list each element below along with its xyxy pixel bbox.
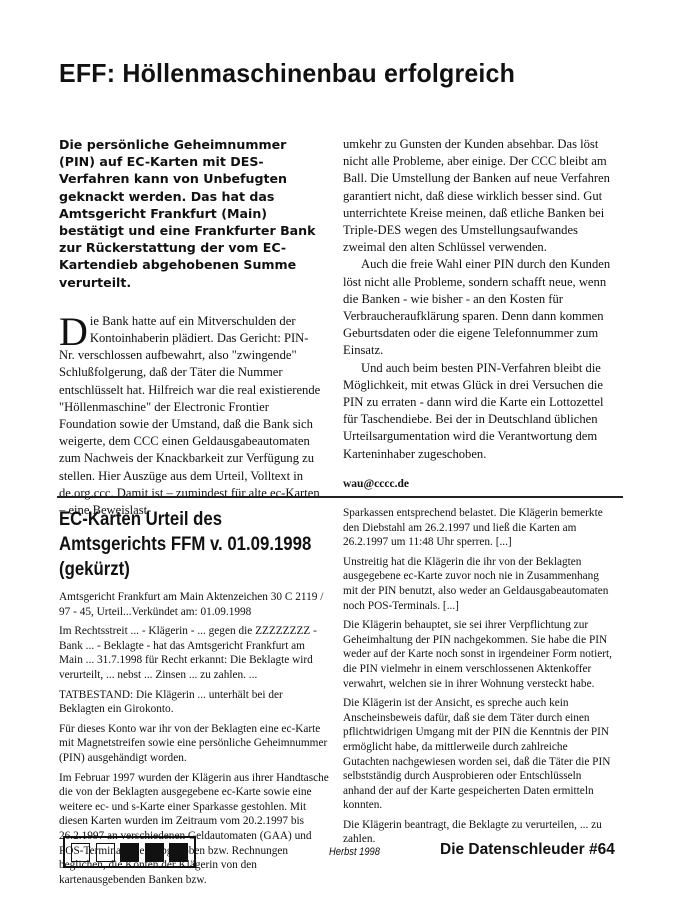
footer-box-strip xyxy=(63,836,196,868)
article-body-paragraph-2: Auch die freie Wahl einer PIN durch den … xyxy=(343,256,615,359)
judgment-paragraph: Die Klägerin ist der Ansicht, es spreche… xyxy=(343,696,615,813)
drop-cap: D xyxy=(59,315,88,347)
judgment-column-right: Sparkassen entsprechend belastet. Die Kl… xyxy=(343,506,615,852)
judgment-paragraph: Im Februar 1997 wurden der Klägerin aus … xyxy=(59,771,329,888)
article-body-text: ie Bank hatte auf ein Mitverschulden der… xyxy=(59,314,320,517)
filled-square-icon xyxy=(145,843,164,862)
judgment-heading: EC-Karten Urteil des Amtsgerichts FFM v.… xyxy=(59,507,326,582)
article-body-continued: umkehr zu Gunsten der Kunden absehbar. D… xyxy=(343,136,615,256)
filled-square-icon xyxy=(120,843,139,862)
section-divider xyxy=(57,496,623,498)
judgment-paragraph: Für dieses Konto war ihr von der Beklagt… xyxy=(59,722,329,766)
article-column-right: umkehr zu Gunsten der Kunden absehbar. D… xyxy=(343,136,615,490)
empty-square-icon xyxy=(71,843,90,862)
article-column-left: Die persönliche Geheimnummer (PIN) auf E… xyxy=(59,136,321,519)
empty-square-icon xyxy=(96,843,115,862)
judgment-column-left: EC-Karten Urteil des Amtsgerichts FFM v.… xyxy=(59,507,329,892)
judgment-paragraph: Unstreitig hat die Klägerin die ihr von … xyxy=(343,555,615,613)
issue-date: Herbst 1998 xyxy=(329,846,380,858)
article-body-paragraph: Die Bank hatte auf ein Mitverschulden de… xyxy=(59,313,321,519)
magazine-name: Die Datenschleuder #64 xyxy=(440,841,615,859)
author-signature: wau@cccc.de xyxy=(343,478,615,490)
judgment-paragraph: Die Klägerin behauptet, sie sei ihrer Ve… xyxy=(343,618,615,691)
article-lead: Die persönliche Geheimnummer (PIN) auf E… xyxy=(59,136,321,291)
filled-square-icon xyxy=(169,843,188,862)
article-body-paragraph-3: Und auch beim besten PIN-Verfahren bleib… xyxy=(343,360,615,463)
judgment-paragraph: Amtsgericht Frankfurt am Main Aktenzeich… xyxy=(59,590,329,619)
judgment-paragraph: Sparkassen entsprechend belastet. Die Kl… xyxy=(343,506,615,550)
article-title: EFF: Höllenmaschinenbau erfolgreich xyxy=(59,58,515,89)
judgment-paragraph: TATBESTAND: Die Klägerin ... unterhält b… xyxy=(59,688,329,717)
judgment-paragraph: Im Rechtsstreit ... - Klägerin - ... geg… xyxy=(59,624,329,682)
